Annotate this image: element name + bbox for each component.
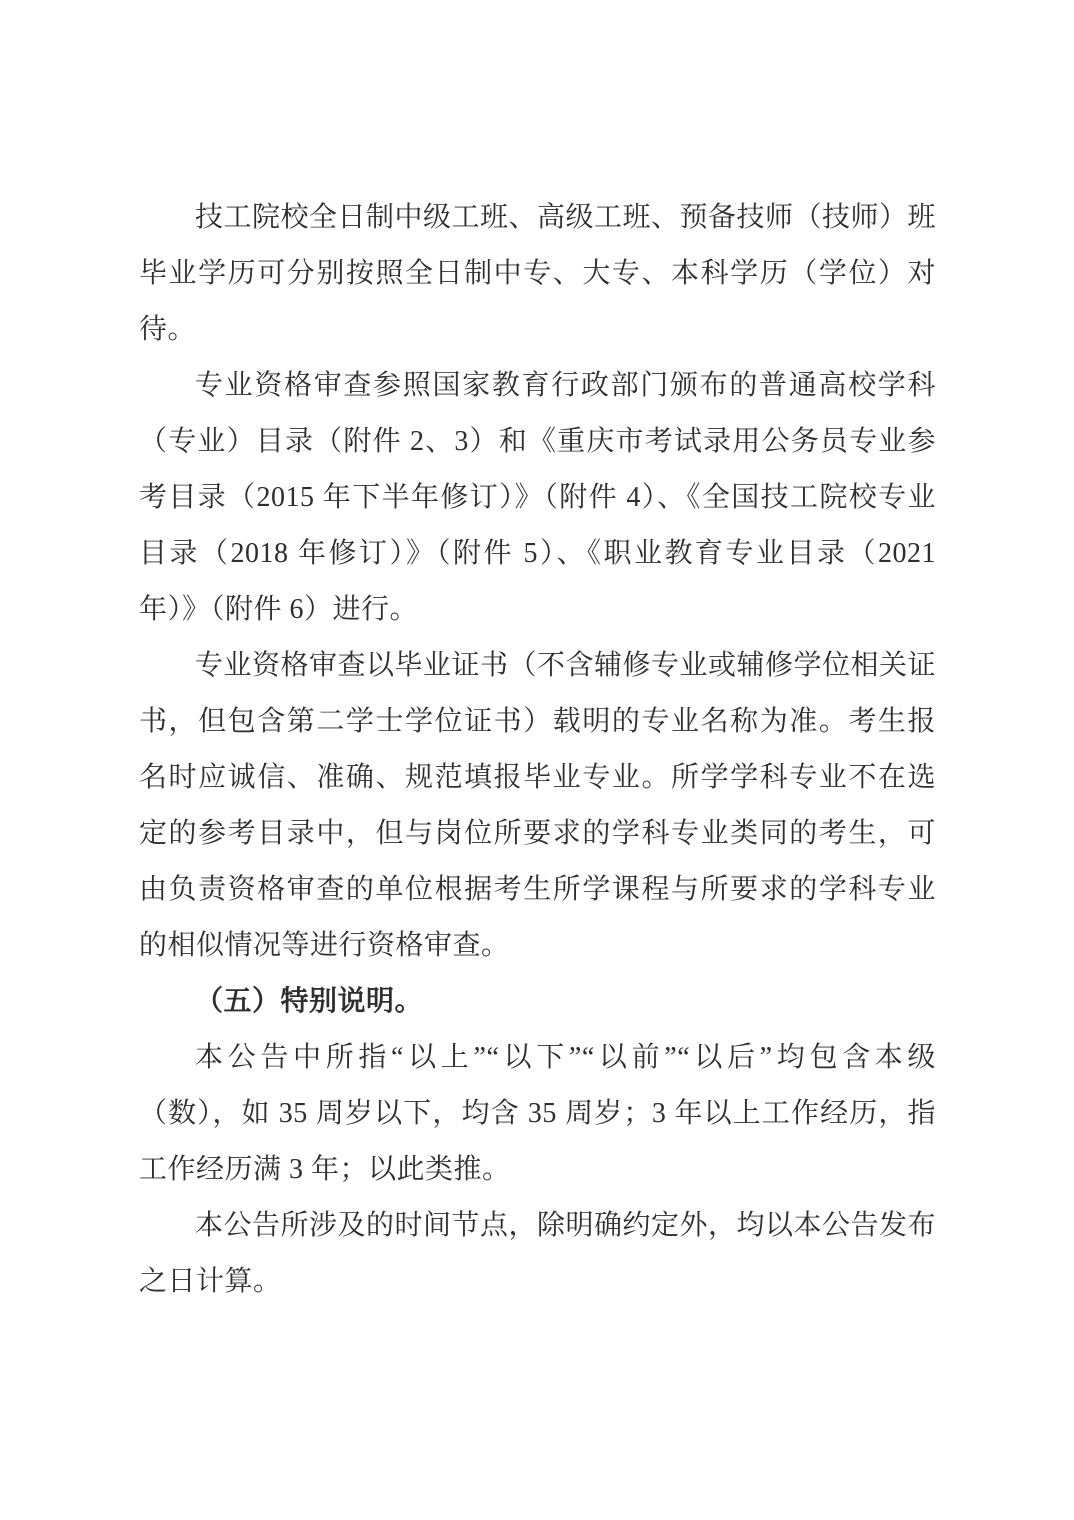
paragraph-diploma-major-rules: 专业资格审查以毕业证书（不含辅修专业或辅修学位相关证书，但包含第二学士学位证书）… — [139, 638, 936, 974]
heading-special-notes: （五）特别说明。 — [139, 974, 936, 1030]
paragraph-degree-equivalence: 技工院校全日制中级工班、高级工班、预备技师（技师）班毕业学历可分别按照全日制中专… — [139, 190, 936, 358]
paragraph-time-calculation: 本公告所涉及的时间节点，除明确约定外，均以本公告发布之日计算。 — [139, 1198, 936, 1310]
paragraph-catalog-references: 专业资格审查参照国家教育行政部门颁布的普通高校学科（专业）目录（附件 2、3）和… — [139, 358, 936, 638]
document-body: 技工院校全日制中级工班、高级工班、预备技师（技师）班毕业学历可分别按照全日制中专… — [139, 190, 936, 1310]
document-page: 技工院校全日制中级工班、高级工班、预备技师（技师）班毕业学历可分别按照全日制中专… — [0, 0, 1074, 1520]
paragraph-inclusive-terms: 本公告中所指“以上”“以下”“以前”“以后”均包含本级（数），如 35 周岁以下… — [139, 1030, 936, 1198]
